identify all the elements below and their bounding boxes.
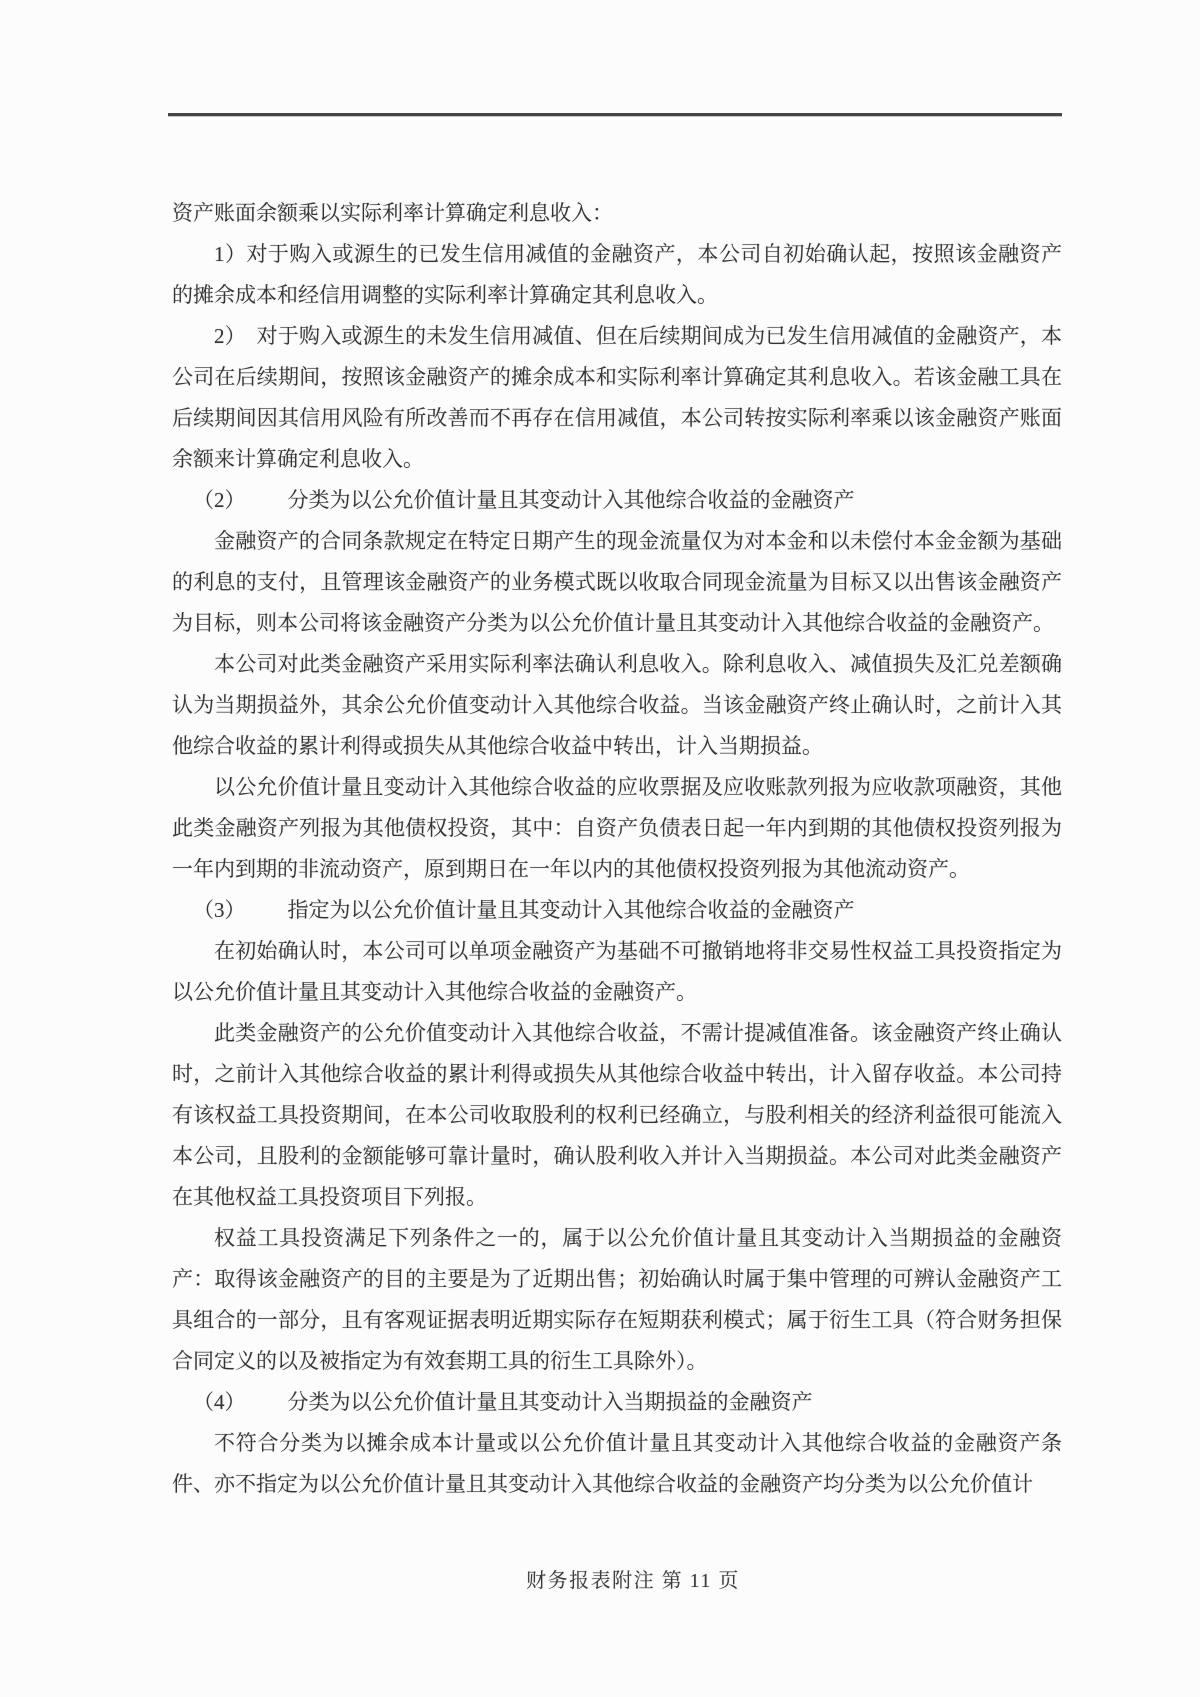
paragraph-continuation: 资产账面余额乘以实际利率计算确定利息收入： [172,193,1062,234]
paragraph: 在初始确认时，本公司可以单项金融资产为基础不可撤销地将非交易性权益工具投资指定为… [172,931,1062,1013]
paragraph: 以公允价值计量且变动计入其他综合收益的应收票据及应收账款列报为应收款项融资，其他… [172,767,1062,890]
paragraph-subitem-2: 2） 对于购入或源生的未发生信用减值、但在后续期间成为已发生信用减值的金融资产，… [172,316,1062,480]
paragraph: 金融资产的合同条款规定在特定日期产生的现金流量仅为对本金和以未偿付本金金额为基础… [172,521,1062,644]
section-heading-4: （4）分类为以公允价值计量且其变动计入当期损益的金融资产 [172,1382,1062,1423]
document-body: 资产账面余额乘以实际利率计算确定利息收入： 1）对于购入或源生的已发生信用减值的… [172,193,1062,1505]
section-heading-2: （2）分类为以公允价值计量且其变动计入其他综合收益的金融资产 [172,480,1062,521]
header-rule [168,113,1062,116]
section-number: （4） [193,1390,246,1414]
section-heading-3: （3）指定为以公允价值计量且其变动计入其他综合收益的金融资产 [172,890,1062,931]
section-number: （2） [193,488,246,512]
section-number: （3） [193,898,246,922]
paragraph: 权益工具投资满足下列条件之一的，属于以公允价值计量且其变动计入当期损益的金融资产… [172,1218,1062,1382]
page-footer: 财务报表附注 第 11 页 [172,1566,1062,1596]
paragraph-subitem-1: 1）对于购入或源生的已发生信用减值的金融资产，本公司自初始确认起，按照该金融资产… [172,234,1062,316]
paragraph: 不符合分类为以摊余成本计量或以公允价值计量且其变动计入其他综合收益的金融资产条件… [172,1423,1062,1505]
section-title: 分类为以公允价值计量且其变动计入其他综合收益的金融资产 [288,488,855,512]
section-title: 指定为以公允价值计量且其变动计入其他综合收益的金融资产 [288,898,855,922]
paragraph: 本公司对此类金融资产采用实际利率法确认利息收入。除利息收入、减值损失及汇兑差额确… [172,644,1062,767]
paragraph: 此类金融资产的公允价值变动计入其他综合收益，不需计提减值准备。该金融资产终止确认… [172,1013,1062,1218]
section-title: 分类为以公允价值计量且其变动计入当期损益的金融资产 [288,1390,813,1414]
document-page: 资产账面余额乘以实际利率计算确定利息收入： 1）对于购入或源生的已发生信用减值的… [0,0,1200,1697]
